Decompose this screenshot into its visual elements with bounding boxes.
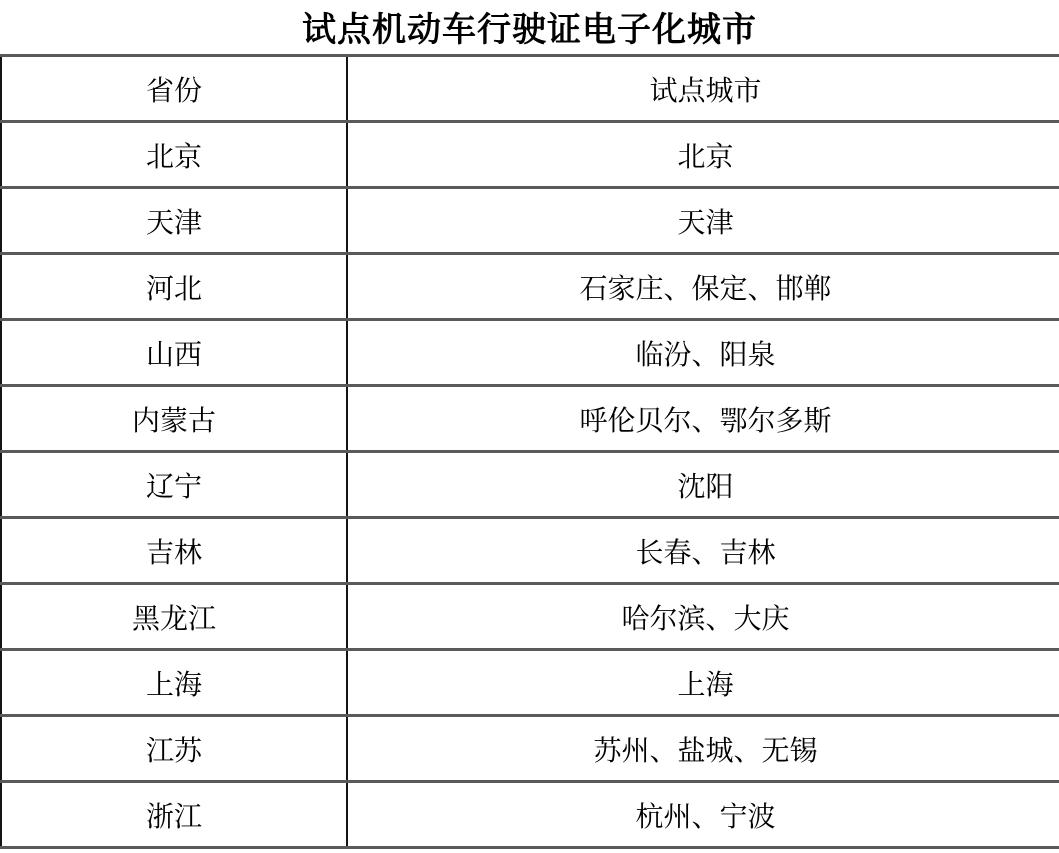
pilot-cities-cell: 杭州、宁波 (347, 782, 1059, 848)
pilot-cities-cell: 临汾、阳泉 (347, 320, 1059, 386)
table-row: 山西临汾、阳泉 (1, 320, 1059, 386)
pilot-cities-cell: 沈阳 (347, 452, 1059, 518)
province-cell: 河北 (1, 254, 347, 320)
province-cell: 北京 (1, 122, 347, 188)
pilot-cities-cell: 哈尔滨、大庆 (347, 584, 1059, 650)
pilot-cities-cell: 石家庄、保定、邯郸 (347, 254, 1059, 320)
pilot-cities-cell: 呼伦贝尔、鄂尔多斯 (347, 386, 1059, 452)
header-cell-cities: 试点城市 (347, 56, 1059, 122)
table-body: 北京北京天津天津河北石家庄、保定、邯郸山西临汾、阳泉内蒙古呼伦贝尔、鄂尔多斯辽宁… (1, 122, 1059, 848)
table-row: 北京北京 (1, 122, 1059, 188)
pilot-cities-cell: 天津 (347, 188, 1059, 254)
table-row: 江苏苏州、盐城、无锡 (1, 716, 1059, 782)
province-cell: 辽宁 (1, 452, 347, 518)
page: 试点机动车行驶证电子化城市 省份 试点城市 北京北京天津天津河北石家庄、保定、邯… (0, 0, 1059, 853)
page-title: 试点机动车行驶证电子化城市 (0, 0, 1059, 54)
province-cell: 江苏 (1, 716, 347, 782)
table-row: 上海上海 (1, 650, 1059, 716)
pilot-cities-cell: 长春、吉林 (347, 518, 1059, 584)
pilot-cities-cell: 北京 (347, 122, 1059, 188)
province-cell: 浙江 (1, 782, 347, 848)
table-header: 省份 试点城市 (1, 56, 1059, 122)
province-cell: 内蒙古 (1, 386, 347, 452)
table-row: 天津天津 (1, 188, 1059, 254)
header-row: 省份 试点城市 (1, 56, 1059, 122)
province-cell: 吉林 (1, 518, 347, 584)
table-row: 吉林长春、吉林 (1, 518, 1059, 584)
table-row: 辽宁沈阳 (1, 452, 1059, 518)
table-row: 黑龙江哈尔滨、大庆 (1, 584, 1059, 650)
table-row: 浙江杭州、宁波 (1, 782, 1059, 848)
pilot-cities-cell: 苏州、盐城、无锡 (347, 716, 1059, 782)
table-row: 内蒙古呼伦贝尔、鄂尔多斯 (1, 386, 1059, 452)
pilot-cities-table: 省份 试点城市 北京北京天津天津河北石家庄、保定、邯郸山西临汾、阳泉内蒙古呼伦贝… (0, 54, 1059, 849)
province-cell: 上海 (1, 650, 347, 716)
table-row: 河北石家庄、保定、邯郸 (1, 254, 1059, 320)
province-cell: 天津 (1, 188, 347, 254)
province-cell: 山西 (1, 320, 347, 386)
header-cell-province: 省份 (1, 56, 347, 122)
pilot-cities-cell: 上海 (347, 650, 1059, 716)
province-cell: 黑龙江 (1, 584, 347, 650)
